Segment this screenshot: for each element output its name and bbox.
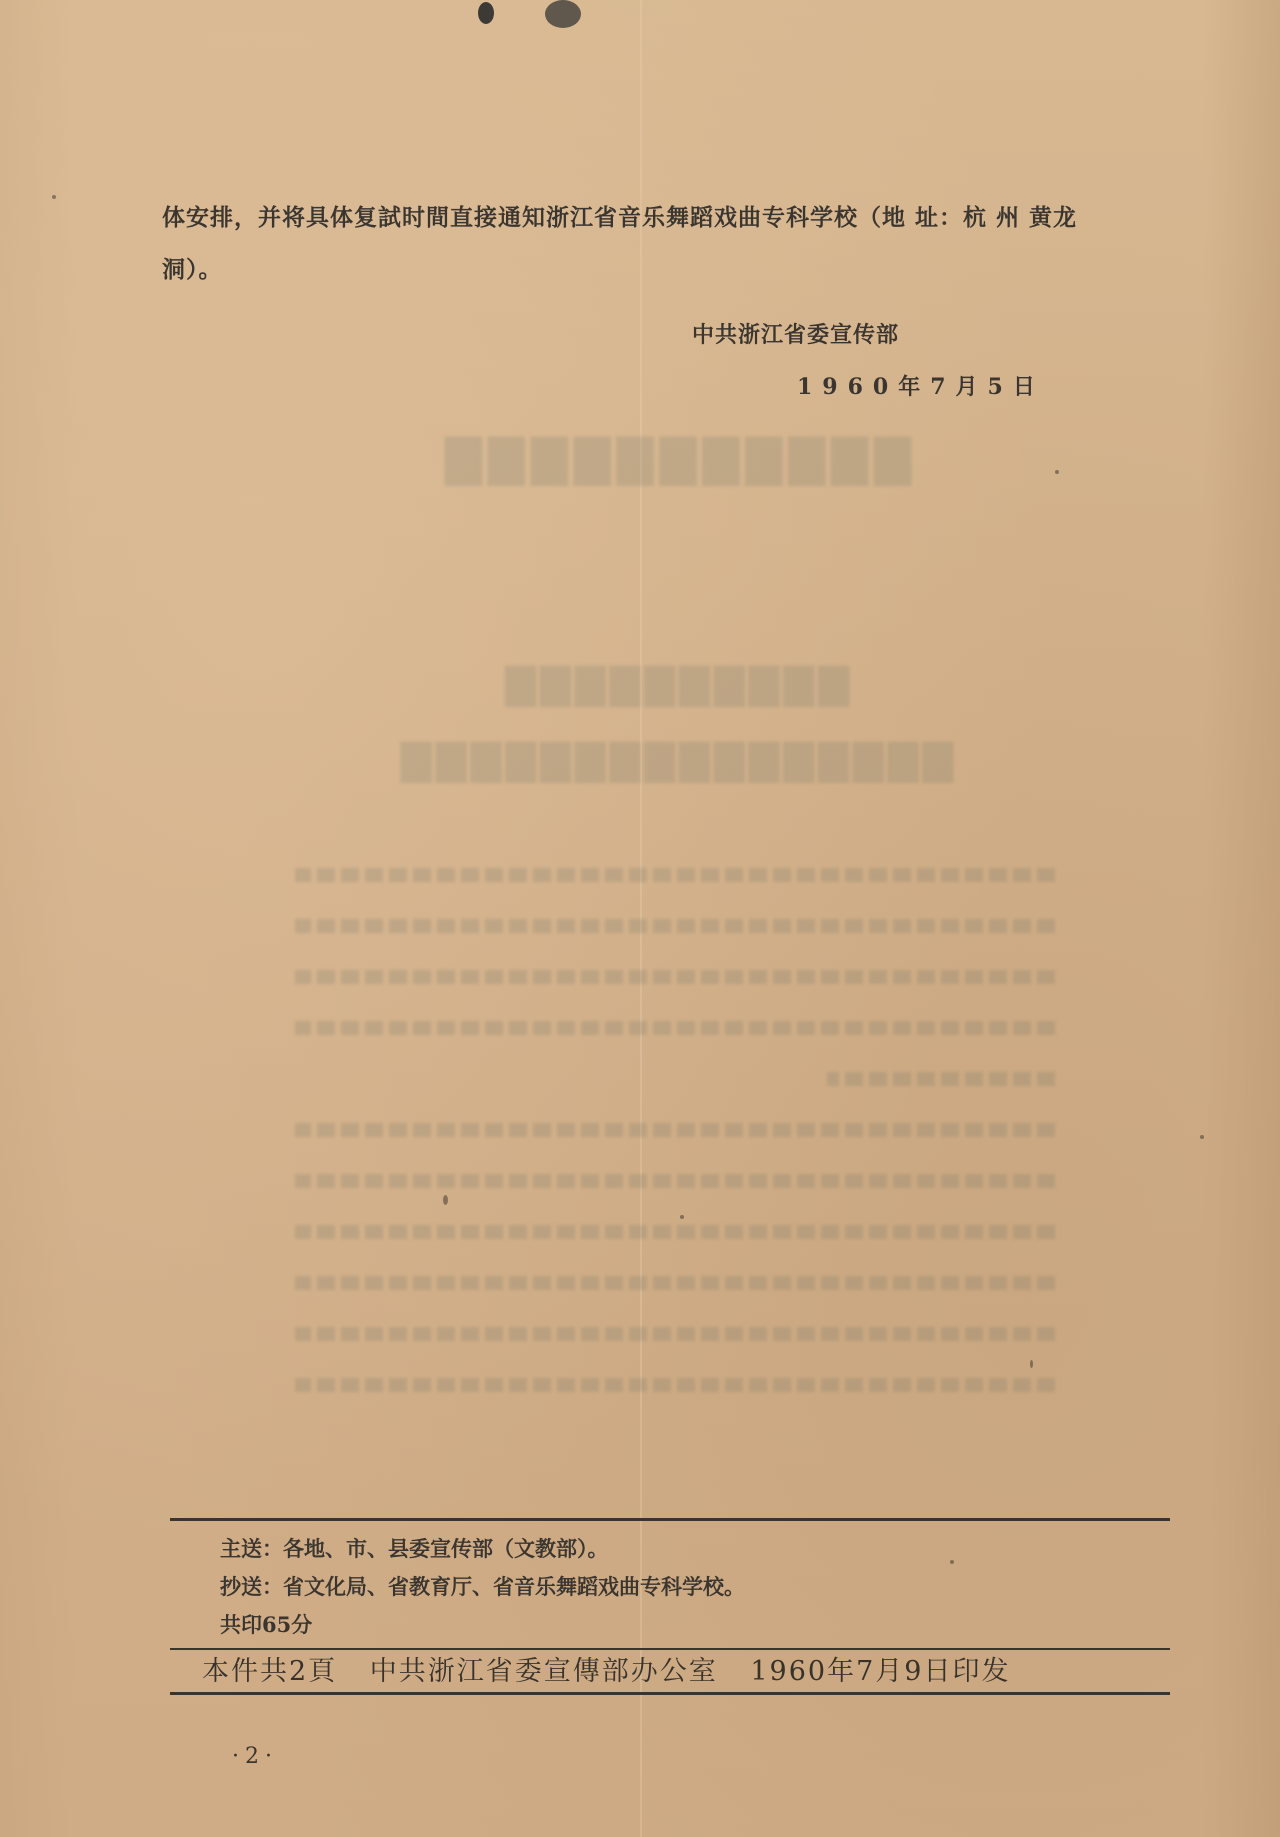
divider-rule [170, 1692, 1170, 1695]
colophon-office: 中共浙江省委宣傳部办公室 [370, 1656, 718, 1687]
divider-rule [170, 1648, 1170, 1650]
paper-speck [443, 1195, 448, 1205]
issuer-signature: 中共浙江省委宣传部 [692, 318, 899, 349]
print-count: 共印65分 [220, 1606, 745, 1644]
paper-speck [1055, 470, 1059, 474]
divider-rule [170, 1518, 1170, 1521]
colophon-print-date: 1960年7月9日印发 [750, 1656, 1010, 1687]
ink-stain [545, 0, 581, 28]
colophon-page-count: 本件共2頁 [202, 1656, 337, 1687]
body-line: 洞）。 [162, 244, 1172, 296]
paper-speck [1200, 1135, 1204, 1139]
signature-date: 1960年7月5日 [797, 370, 1045, 401]
document-body: 体安排，并将具体复試时間直接通知浙江省音乐舞蹈戏曲专科学校（地 址：杭 州 黄龙… [162, 192, 1172, 296]
bleed-through-reverse-side: ▇▇▇▇▇▇▇▇▇▇▇ ▇▇▇▇▇▇▇▇▇▇ ▇▇▇▇▇▇▇▇▇▇▇▇▇▇▇▇ [295, 430, 1055, 1429]
body-line: 体安排，并将具体复試时間直接通知浙江省音乐舞蹈戏曲专科学校（地 址：杭 州 黄龙 [162, 192, 1172, 244]
colophon: 本件共2頁 中共浙江省委宣傳部办公室 1960年7月9日印发 [202, 1652, 1032, 1692]
main-recipients: 主送：各地、市、县委宣传部（文教部）。 [220, 1530, 745, 1568]
ink-stain [478, 2, 494, 24]
distribution-block: 主送：各地、市、县委宣传部（文教部）。 抄送：省文化局、省教育厅、省音乐舞蹈戏曲… [220, 1530, 745, 1644]
page-number: ·2· [232, 1744, 278, 1769]
paper-speck [680, 1215, 684, 1219]
paper-speck [52, 195, 56, 199]
copy-recipients: 抄送：省文化局、省教育厅、省音乐舞蹈戏曲专科学校。 [220, 1568, 745, 1606]
paper-speck [950, 1560, 954, 1564]
paper-speck [1030, 1360, 1033, 1368]
